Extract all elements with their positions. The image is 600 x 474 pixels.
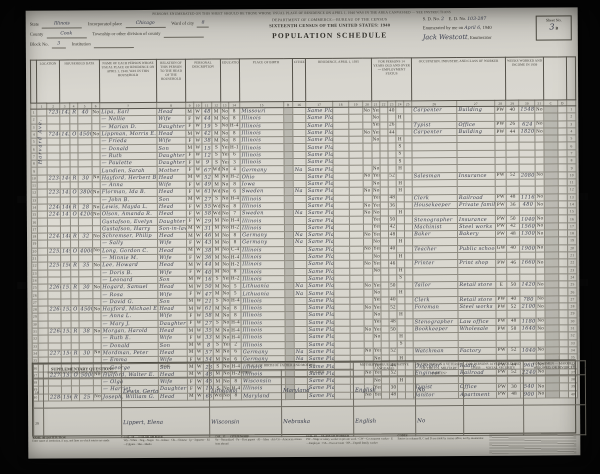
township-label: Township or other division of county xyxy=(92,30,160,39)
table-cell xyxy=(285,253,294,260)
table-cell: 40 xyxy=(203,269,213,276)
table-cell xyxy=(506,165,519,172)
sheet-number-box: Sheet No. 3 B xyxy=(536,15,572,40)
table-cell: W xyxy=(194,145,202,152)
table-cell: M xyxy=(213,261,222,268)
table-cell xyxy=(380,151,388,158)
table-cell: 7236 xyxy=(47,109,60,116)
table-cell xyxy=(333,144,349,151)
table-cell: 1300 xyxy=(520,230,536,237)
table-cell xyxy=(381,224,389,231)
table-cell: No xyxy=(222,247,230,254)
table-cell xyxy=(520,340,536,347)
table-cell xyxy=(545,332,559,339)
table-cell: Housekeeper xyxy=(412,201,457,209)
table-cell: 40 xyxy=(388,107,396,114)
table-cell xyxy=(79,335,93,342)
table-cell: W xyxy=(195,232,203,239)
table-cell xyxy=(61,269,71,276)
table-cell xyxy=(496,311,507,318)
table-cell: Same Place xyxy=(307,319,334,326)
table-cell: Private family xyxy=(457,201,495,209)
table-cell xyxy=(380,158,388,165)
supplementary-cell xyxy=(44,408,122,439)
table-cell xyxy=(544,208,558,215)
table-cell xyxy=(293,195,306,202)
table-cell xyxy=(349,180,363,187)
table-cell: W xyxy=(195,349,203,356)
ed-label: E. D. No. xyxy=(449,16,467,21)
table-cell xyxy=(294,261,307,268)
table-cell xyxy=(558,186,567,193)
table-cell xyxy=(71,269,79,276)
table-cell: Yes xyxy=(372,195,380,202)
table-cell xyxy=(544,106,558,113)
table-cell: No xyxy=(222,261,230,268)
table-cell: H xyxy=(396,136,404,143)
table-cell xyxy=(388,114,396,121)
table-cell: 61 xyxy=(203,305,213,312)
table-cell: PW xyxy=(496,216,507,223)
table-cell: W xyxy=(194,218,202,225)
table-cell: Lippman, Morris E. xyxy=(100,130,157,138)
table-cell: Same Place xyxy=(307,341,334,348)
table-cell: H-4 xyxy=(230,254,241,261)
table-cell xyxy=(506,135,519,142)
table-cell xyxy=(334,253,350,260)
table-cell: S xyxy=(397,340,405,347)
table-cell xyxy=(380,202,388,209)
table-cell xyxy=(544,194,558,201)
table-cell: Yes xyxy=(372,173,380,180)
table-cell xyxy=(389,238,397,245)
table-cell: 40 xyxy=(78,109,92,116)
table-cell: Same Place xyxy=(306,188,333,195)
table-cell xyxy=(70,226,78,233)
table-cell: 6 xyxy=(229,188,240,195)
table-cell: M xyxy=(187,247,195,254)
table-cell xyxy=(496,340,507,347)
table-cell: M xyxy=(186,145,194,152)
enumerated-label: Enumerated by me on xyxy=(423,25,463,30)
table-cell: No xyxy=(536,347,545,354)
table-cell xyxy=(520,237,536,244)
table-cell: 4000 xyxy=(79,247,93,254)
table-cell: Same Place xyxy=(307,261,334,268)
table-cell xyxy=(71,299,79,306)
table-cell: 1116 xyxy=(519,194,535,201)
table-cell xyxy=(519,135,535,142)
table-cell: S xyxy=(213,320,222,327)
table-cell xyxy=(544,128,558,135)
table-cell: PW xyxy=(495,106,506,113)
table-cell xyxy=(38,335,48,342)
supplementary-section: SUPPLEMENTARY QUESTIONS For Persons Enum… xyxy=(32,359,576,436)
table-cell xyxy=(404,129,412,136)
table-cell xyxy=(381,282,389,289)
table-cell: 4 xyxy=(229,166,240,173)
supplementary-cell: English xyxy=(354,406,416,437)
table-cell xyxy=(293,115,306,122)
table-cell xyxy=(93,255,101,262)
table-cell: W xyxy=(194,130,202,137)
table-cell: 34 xyxy=(568,347,577,354)
table-cell xyxy=(47,226,60,233)
table-cell xyxy=(294,275,307,282)
table-cell: Same Place xyxy=(307,253,334,260)
table-cell xyxy=(363,122,372,129)
table-cell xyxy=(405,311,413,318)
table-cell: R xyxy=(71,350,79,357)
table-cell: H-4 xyxy=(230,319,241,326)
table-cell: 12 xyxy=(202,152,212,159)
table-cell xyxy=(333,122,349,129)
footer-legend: NAME OF INSTITUTIONEnter name of institu… xyxy=(32,433,576,456)
table-cell: S xyxy=(213,276,222,283)
table-cell xyxy=(558,150,567,157)
table-cell: Wd xyxy=(212,188,221,195)
table-cell: 8 xyxy=(229,108,240,115)
table-cell: 480 xyxy=(519,201,535,208)
table-cell: H-4 xyxy=(230,298,241,305)
table-cell: 1560 xyxy=(520,223,536,230)
table-cell xyxy=(396,121,404,128)
table-cell xyxy=(405,333,413,340)
table-cell: 32 xyxy=(568,332,577,339)
table-cell xyxy=(364,289,373,296)
table-cell: Retail store xyxy=(458,296,496,304)
table-cell: No xyxy=(364,260,373,267)
table-cell xyxy=(349,144,363,151)
table-cell xyxy=(93,313,101,320)
table-cell xyxy=(380,216,388,223)
table-cell xyxy=(93,269,101,276)
table-cell xyxy=(61,321,71,328)
table-cell: R xyxy=(71,284,79,291)
table-cell: No xyxy=(363,173,372,180)
table-cell: Steel works xyxy=(458,223,496,231)
table-cell xyxy=(507,238,520,245)
table-cell xyxy=(284,188,293,195)
table-cell xyxy=(47,153,60,160)
table-cell xyxy=(284,144,293,151)
table-cell xyxy=(70,153,78,160)
table-cell: H xyxy=(396,114,404,121)
table-cell: No xyxy=(221,188,229,195)
supplementary-cell: Nebraska xyxy=(282,406,354,437)
table-cell xyxy=(78,153,92,160)
table-cell xyxy=(79,240,93,247)
table-cell xyxy=(334,282,350,289)
table-cell xyxy=(363,217,372,224)
table-cell xyxy=(506,179,519,186)
table-cell xyxy=(47,138,60,145)
table-cell xyxy=(381,348,389,355)
table-cell xyxy=(506,113,519,120)
table-cell: F xyxy=(187,320,195,327)
table-cell xyxy=(507,267,520,274)
table-cell: 8 xyxy=(230,232,241,239)
table-cell: 8 xyxy=(229,130,240,137)
table-cell xyxy=(396,129,404,136)
table-cell xyxy=(545,259,559,266)
table-cell: No xyxy=(536,303,545,310)
table-cell: O xyxy=(70,131,78,138)
table-cell xyxy=(536,237,545,244)
table-cell: 15 xyxy=(202,145,212,152)
county-value: Cook xyxy=(46,30,86,38)
column-group-header: Household Data xyxy=(59,60,99,103)
table-cell: F xyxy=(186,218,194,225)
supp-tongue-header: Mother tongue (or native language) xyxy=(353,362,415,376)
table-cell xyxy=(388,165,396,172)
table-cell xyxy=(495,114,506,121)
table-cell xyxy=(545,230,559,237)
table-cell: H xyxy=(396,187,404,194)
table-cell: F xyxy=(186,188,194,195)
table-cell xyxy=(48,291,61,298)
table-cell xyxy=(381,275,389,282)
table-cell xyxy=(92,182,100,189)
table-cell xyxy=(404,136,412,143)
table-cell: No xyxy=(536,259,545,266)
table-cell: 152 xyxy=(61,306,71,313)
table-cell: 2252 xyxy=(48,248,61,255)
table-cell: No xyxy=(535,121,544,128)
table-cell: M xyxy=(186,130,194,137)
table-cell xyxy=(519,143,535,150)
table-cell: Na xyxy=(294,290,307,297)
table-cell xyxy=(48,270,61,277)
table-cell xyxy=(78,218,92,225)
table-cell xyxy=(294,224,307,231)
table-cell: 26 xyxy=(388,122,396,129)
table-cell xyxy=(333,217,349,224)
table-cell: 50 xyxy=(389,282,397,289)
census-sheet: PERSONS ENUMERATED ON THIS SHEET SHOULD … xyxy=(26,7,581,458)
table-cell xyxy=(389,311,397,318)
table-cell: No xyxy=(221,217,229,224)
table-cell: W xyxy=(195,327,203,334)
table-cell xyxy=(381,304,389,311)
table-cell xyxy=(92,218,100,225)
table-cell xyxy=(349,114,363,121)
table-cell: 11 xyxy=(567,179,576,186)
table-cell xyxy=(61,277,71,284)
table-cell: 61 xyxy=(202,188,212,195)
table-cell: 8 xyxy=(229,115,240,122)
table-cell xyxy=(381,311,389,318)
table-cell: H xyxy=(397,267,405,274)
table-cell xyxy=(520,252,536,259)
table-cell xyxy=(405,282,413,289)
table-cell xyxy=(37,226,47,233)
table-cell xyxy=(364,311,373,318)
table-cell xyxy=(60,124,70,131)
table-cell: 15 xyxy=(567,208,576,215)
table-cell: H-4 xyxy=(229,122,240,129)
column-group-header: Occupation, Industry, and Class of Worke… xyxy=(412,57,506,101)
table-cell xyxy=(495,150,506,157)
table-cell: No xyxy=(372,187,380,194)
table-cell: 52 xyxy=(202,174,212,181)
table-cell: Same Place xyxy=(306,166,333,173)
table-cell: 8 xyxy=(230,239,241,246)
table-cell: 21 xyxy=(568,252,577,259)
table-cell: 12 xyxy=(567,186,576,193)
table-cell: F xyxy=(187,269,195,276)
table-cell: Same Place xyxy=(307,334,334,341)
table-cell xyxy=(364,319,373,326)
table-cell: Same Place xyxy=(307,290,334,297)
table-cell xyxy=(558,157,567,164)
table-cell: M xyxy=(212,181,221,188)
table-cell xyxy=(285,239,294,246)
table-cell: W xyxy=(195,334,203,341)
table-cell: H-2 xyxy=(230,261,241,268)
table-cell xyxy=(397,326,405,333)
table-cell: H-2 xyxy=(229,174,240,181)
table-cell: Daughter xyxy=(157,218,186,225)
table-cell: No xyxy=(364,231,373,238)
table-cell: 9 xyxy=(567,164,576,171)
table-cell xyxy=(349,195,363,202)
table-cell xyxy=(293,144,306,151)
table-cell: Yes xyxy=(373,326,381,333)
table-cell: No xyxy=(93,247,101,254)
table-cell xyxy=(350,326,364,333)
table-cell xyxy=(536,267,545,274)
table-cell xyxy=(349,202,363,209)
table-cell xyxy=(60,153,70,160)
table-cell: No xyxy=(221,181,229,188)
table-cell: Daughter xyxy=(158,320,187,327)
table-cell: No xyxy=(373,311,381,318)
table-cell xyxy=(405,267,413,274)
table-cell xyxy=(381,340,389,347)
table-cell xyxy=(545,281,559,288)
table-cell: 9 xyxy=(202,159,212,166)
title-block: DEPARTMENT OF COMMERCE—BUREAU OF THE CEN… xyxy=(245,15,415,56)
table-cell: Daughter xyxy=(157,123,186,130)
table-cell: PW xyxy=(495,172,506,179)
table-cell: 20 xyxy=(568,244,577,251)
table-cell xyxy=(536,288,545,295)
supp-ss-header: For Persons 14 Years Old and Over — Soci… xyxy=(463,361,523,375)
table-cell: Same Place xyxy=(306,217,333,224)
table-cell: No xyxy=(92,131,100,138)
ward-value: 8 xyxy=(197,20,209,28)
left-margin-tab xyxy=(17,282,26,289)
table-cell xyxy=(381,326,389,333)
table-cell: No xyxy=(222,327,230,334)
table-cell: Retail store xyxy=(458,281,496,289)
table-cell: 147 xyxy=(60,211,70,218)
table-cell xyxy=(93,335,101,342)
table-cell xyxy=(536,332,545,339)
table-cell: 30 xyxy=(568,317,577,324)
table-cell xyxy=(363,144,372,151)
table-cell xyxy=(70,167,78,174)
table-cell: PW xyxy=(496,230,507,237)
table-cell: 4500 xyxy=(78,131,92,138)
table-cell: F xyxy=(186,115,194,122)
supplementary-cell: Lippert, Elena xyxy=(122,407,210,438)
table-cell xyxy=(519,179,535,186)
table-cell xyxy=(79,277,93,284)
table-cell xyxy=(294,341,307,348)
table-cell: H xyxy=(397,289,405,296)
table-cell: O xyxy=(71,306,79,313)
table-cell xyxy=(536,252,545,259)
table-cell: Yes xyxy=(373,348,381,355)
table-cell: M xyxy=(213,247,222,254)
table-cell: R xyxy=(70,175,78,182)
table-cell xyxy=(349,107,363,114)
table-cell: Yes xyxy=(373,224,381,231)
table-cell: 624 xyxy=(519,121,535,128)
table-cell xyxy=(47,197,60,204)
table-cell: 48 xyxy=(507,318,520,325)
table-cell xyxy=(558,164,567,171)
table-cell: M xyxy=(187,276,195,283)
table-cell: 8 xyxy=(230,312,241,319)
table-cell xyxy=(71,255,79,262)
table-cell: M xyxy=(213,312,222,319)
table-cell xyxy=(558,172,567,179)
table-cell xyxy=(496,332,507,339)
table-cell xyxy=(558,208,567,215)
table-cell: Na xyxy=(293,166,306,173)
table-cell xyxy=(559,274,568,281)
table-cell xyxy=(284,210,293,217)
table-cell xyxy=(93,298,101,305)
table-cell: GW xyxy=(496,245,507,252)
table-cell: 40 xyxy=(389,246,397,253)
table-cell xyxy=(405,275,413,282)
legend-block: CODESEntries in columns B, C and D are m… xyxy=(398,434,485,455)
table-cell xyxy=(506,157,519,164)
table-cell xyxy=(350,311,364,318)
table-cell xyxy=(349,122,363,129)
table-cell: PW xyxy=(495,121,506,128)
table-cell xyxy=(38,248,48,255)
table-cell xyxy=(559,215,568,222)
table-cell: 2240 xyxy=(47,204,60,211)
table-cell: 29 xyxy=(568,310,577,317)
table-cell xyxy=(78,182,92,189)
table-cell xyxy=(405,348,413,355)
table-cell xyxy=(372,158,380,165)
table-cell: 8 xyxy=(229,203,240,210)
table-cell: No xyxy=(222,232,230,239)
table-cell: Gustafson, Evelyn xyxy=(100,218,157,226)
column-group-header: For Persons 14 Years Old and Over — Empl… xyxy=(372,58,412,101)
table-cell xyxy=(334,333,350,340)
table-cell xyxy=(404,151,412,158)
table-cell: No xyxy=(535,106,544,113)
table-cell: No xyxy=(363,107,372,114)
table-cell: Yes xyxy=(372,216,380,223)
table-cell xyxy=(544,150,558,157)
table-cell xyxy=(506,150,519,157)
table-cell: W xyxy=(194,108,202,115)
table-cell xyxy=(404,158,412,165)
table-cell: 29 xyxy=(202,218,212,225)
table-cell: H xyxy=(397,333,405,340)
table-cell xyxy=(350,304,364,311)
table-cell: 5 xyxy=(230,283,241,290)
